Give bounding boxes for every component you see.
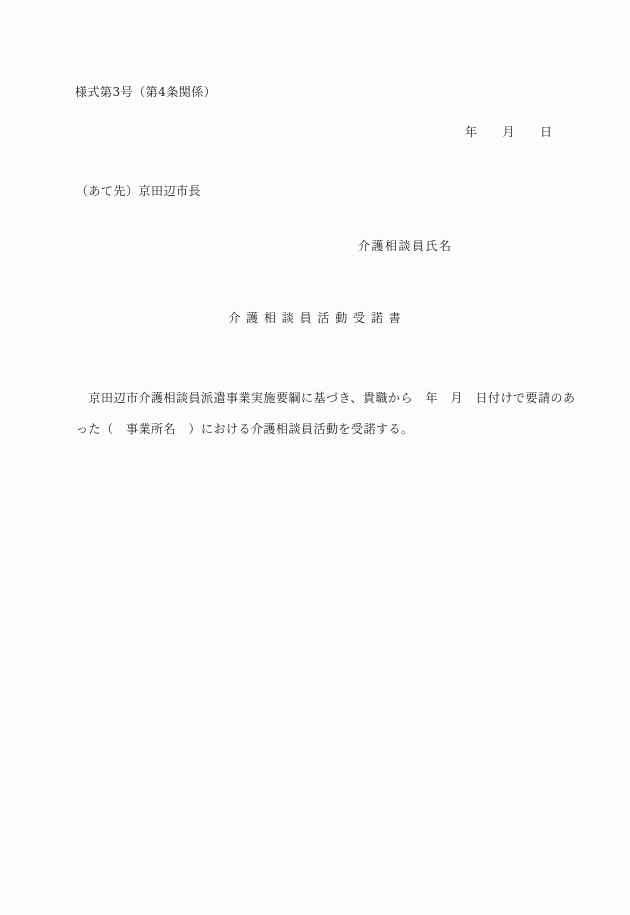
date-line: 年 月 日 [465, 125, 553, 139]
signer-name-label: 介護相談員氏名 [358, 239, 453, 253]
addressee-line: （あて先）京田辺市長 [76, 184, 201, 198]
body-text-line-1: 京田辺市介護相談員派遣事業実施要綱に基づき、貴職から 年 月 日付けで要請のあ [76, 391, 576, 405]
form-number: 様式第3号（第4条関係） [75, 85, 216, 99]
body-text-line-2: った（ 事業所名 ）における介護相談員活動を受諾する。 [76, 422, 414, 436]
document-title: 介 護 相 談 員 活 動 受 諾 書 [0, 311, 630, 325]
document-page: 様式第3号（第4条関係） 年 月 日 （あて先）京田辺市長 介護相談員氏名 介 … [0, 0, 630, 915]
